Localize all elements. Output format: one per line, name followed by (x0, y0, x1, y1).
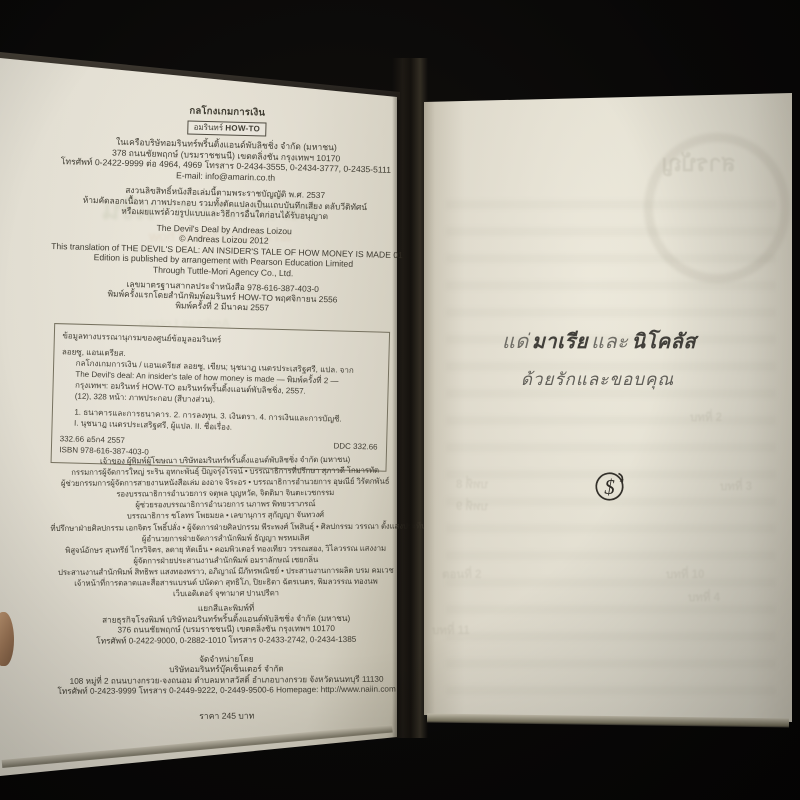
colophon-upper: กลโกงเกมการเงิน อมรินทร์ HOW-TO ในเครือบ… (46, 102, 400, 472)
dedication-name-1: มาเรีย (532, 331, 588, 353)
dollar-circle-ornament-icon: $ (591, 464, 631, 506)
dedication-line-1: แด่มาเรียและนิโคลัส (455, 330, 740, 354)
text-line: โทรศัพท์ 0-2422-9000, 0-2882-1010 โทรสาร… (51, 635, 401, 648)
svg-text:$: $ (604, 475, 615, 499)
distributor-block: จัดจำหน่ายโดย บริษัทอมรินทร์บุ๊คเซ็นเตอร… (51, 653, 401, 698)
distributor-lines: บริษัทอมรินทร์บุ๊คเซ็นเตอร์ จำกัด108 หมู… (51, 664, 401, 698)
dedication: แด่มาเรียและนิโคลัส ด้วยรักและขอบคุณ (455, 330, 740, 393)
book-photo: กลโกงเกมการเงิน an insider's tale of how… (0, 0, 800, 800)
rights-block: สงวนลิขสิทธิ์หนังสือเล่มนี้ตามพระราชบัญญ… (52, 183, 398, 223)
colophon-lower: เจ้าของ ผู้พิมพ์ผู้โฆษณา บริษัทอมรินทร์พ… (50, 454, 402, 724)
text-line: โทรศัพท์ 0-2423-9999 โทรสาร 0-2449-9222,… (52, 685, 402, 698)
dedication-and: และ (591, 331, 628, 353)
price-label: ราคา 245 บาท (52, 708, 402, 724)
imprint-prefix: อมรินทร์ (194, 123, 226, 133)
printer-block: แยกสีและพิมพ์ที่ สายธุรกิจโรงพิมพ์ บริษั… (51, 603, 401, 648)
publisher-block: ในเครือบริษัทอมรินทร์พริ้นติ้งแอนด์พับลิ… (53, 135, 399, 186)
imprint-badge: อมรินทร์ HOW-TO (187, 120, 266, 136)
printer-lines: สายธุรกิจโรงพิมพ์ บริษัทอมรินทร์พริ้นติ้… (51, 613, 401, 647)
text-line: เว็บเอดิเตอร์ จุฑามาศ ปานปรีดา (51, 587, 401, 601)
cip-box: ข้อมูลทางบรรณานุกรมของศูนย์ข้อมูลอมรินทร… (50, 323, 390, 472)
credits-block: เจ้าของ ผู้พิมพ์ผู้โฆษณา บริษัทอมรินทร์พ… (50, 454, 401, 601)
right-page (424, 93, 792, 725)
dedication-name-2: นิโคลัส (631, 331, 696, 353)
dedication-to: แด่ (502, 331, 529, 353)
english-copyright-block: The Devil's Deal by Andreas Loizou© Andr… (51, 220, 397, 282)
cip-ddc: DDC 332.66 (333, 440, 377, 452)
paper-sheen (424, 93, 792, 725)
imprint-brand: HOW-TO (225, 123, 260, 133)
book-gutter (392, 58, 428, 738)
cip-body: กลโกงเกมการเงิน / แอนเดรียส ลอยซู, เขียน… (61, 357, 380, 409)
dedication-line-2: ด้วยรักและขอบคุณ (455, 366, 740, 393)
isbn-block: เลขมาตรฐานสากลประจำหนังสือ 978-616-387-4… (50, 277, 396, 317)
